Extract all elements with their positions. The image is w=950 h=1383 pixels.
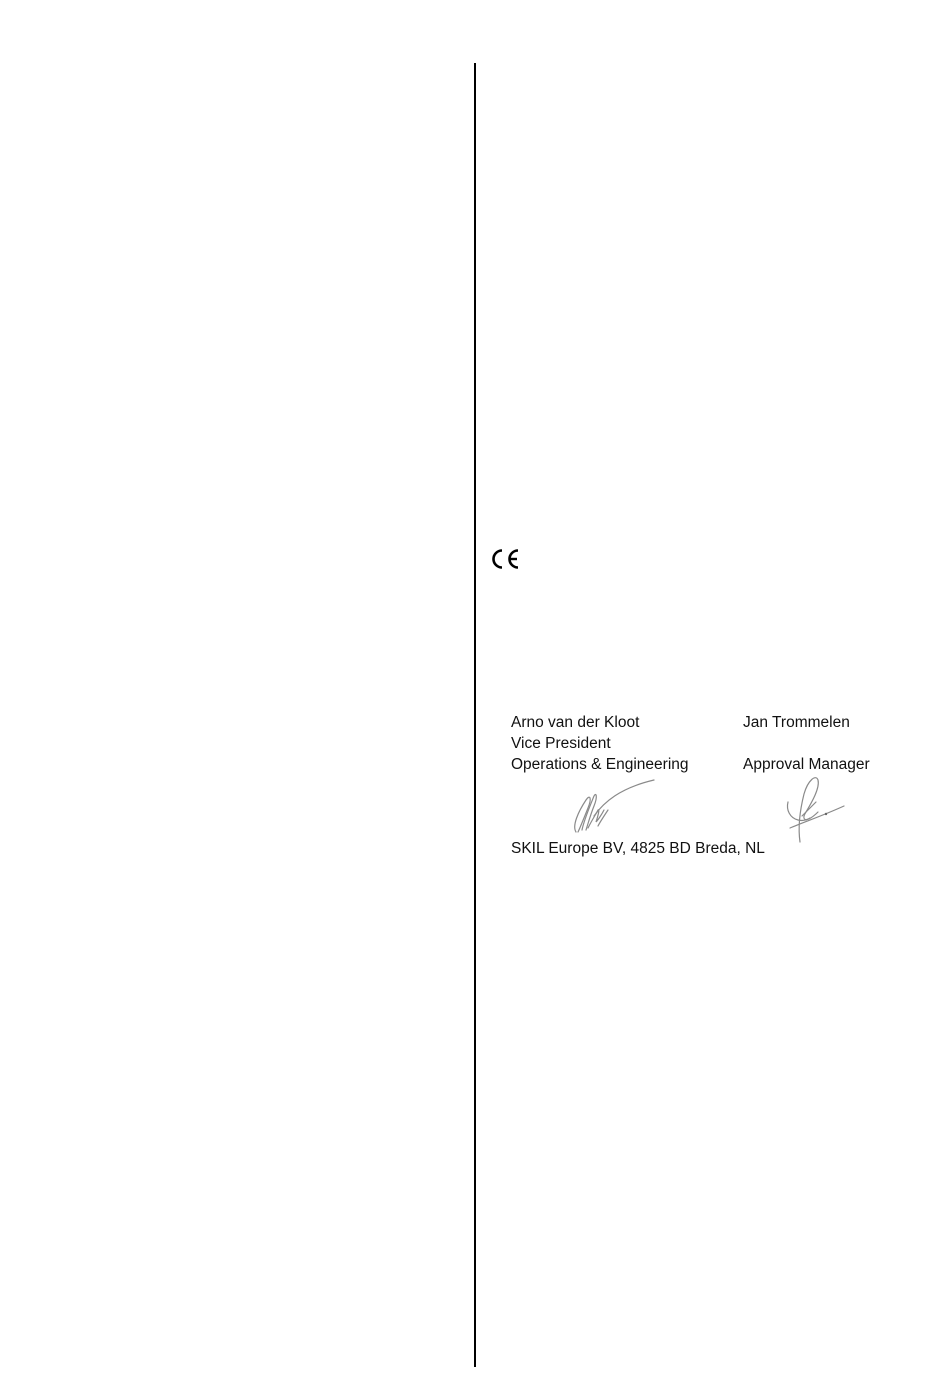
signatory-title: Vice President: [511, 733, 689, 754]
signature-arno-icon: [568, 776, 658, 836]
signatory-1: Arno van der Kloot Vice President Operat…: [511, 712, 689, 775]
signatory-department: Operations & Engineering: [511, 754, 689, 775]
company-address: SKIL Europe BV, 4825 BD Breda, NL: [511, 838, 765, 859]
signatory-title: [743, 733, 870, 754]
signatory-2: Jan Trommelen Approval Manager: [743, 712, 870, 775]
signatory-name: Arno van der Kloot: [511, 712, 689, 733]
column-divider: [474, 63, 476, 1367]
signatory-name: Jan Trommelen: [743, 712, 870, 733]
ce-mark-icon: [488, 547, 522, 571]
signature-jan-icon: [782, 772, 848, 844]
